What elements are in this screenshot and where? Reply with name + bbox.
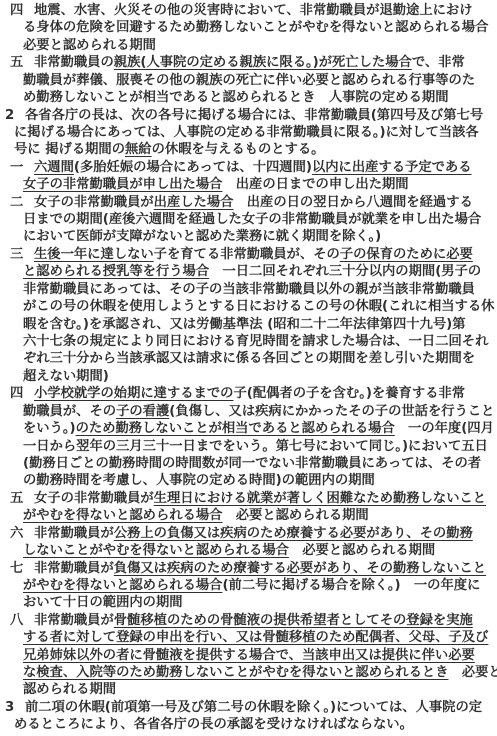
text-run: 必要と認められる期間 bbox=[23, 38, 156, 53]
text-line: に掲げる場合にあっては、人事院の定める非常勤職員に限る。)に対して当該各 bbox=[0, 124, 497, 141]
text-line: ぞれ三十分から当該承認又は請求に係る各回ごとの期間を差し引いた期間を bbox=[0, 350, 497, 367]
text-line: 四小学校就学の始期に達するまでの子(配偶者の子を含む。)を養育する非常 bbox=[0, 385, 497, 402]
list-item: 八非常勤職員が骨髄移植のための骨髄液の提供希望者としてその登録を実施する者に対し… bbox=[0, 612, 497, 699]
item-marker: 四 bbox=[10, 385, 34, 402]
text-line: 認められる期間 bbox=[0, 681, 497, 698]
text-run: 非常勤職員が bbox=[34, 561, 114, 576]
item-marker: 六 bbox=[10, 525, 34, 542]
text-line: 七非常勤職員が負傷又は疾病のため療養する必要があり、その勤務しないこと bbox=[0, 560, 497, 577]
text-line: 勤職員が、その子の看護(負傷し、又は疾病にかかったその子の世話を行うこと bbox=[0, 403, 497, 420]
paragraph: 2各省各庁の長は、次の各号に掲げる場合には、非常勤職員(第四号及び第七号に掲げる… bbox=[0, 107, 497, 159]
text-run: 超えない期間) bbox=[23, 369, 109, 384]
text-line: しないことがやむを得ないと認められる場合 必要と認められる期間 bbox=[0, 542, 497, 559]
list-item: 五非常勤職員の親族(人事院の定める親族に限る。)が死亡した場合で、非常勤職員が葬… bbox=[0, 54, 497, 106]
underlined-text-run: 兄弟姉妹以外の者に骨髄液を提供する場合で、当該申出又は提供に伴い必要 bbox=[23, 648, 475, 663]
text-line: 二女子の非常勤職員が出産した場合 出産の日の翌日から八週間を経過する bbox=[0, 194, 497, 211]
text-run: 非常勤職員が bbox=[34, 613, 114, 628]
text-run: がこの号の休暇を使用しようとする日におけるこの号の休暇(これに相当する休 bbox=[23, 299, 494, 314]
text-run: 非常勤職員が bbox=[34, 526, 114, 541]
text-run: の休暇を与えるものとする。 bbox=[152, 142, 325, 157]
text-line: 五非常勤職員の親族(人事院の定める親族に限る。)が死亡した場合で、非常 bbox=[0, 54, 497, 71]
text-line: 2各省各庁の長は、次の各号に掲げる場合には、非常勤職員(第四号及び第七号 bbox=[0, 107, 497, 124]
text-run: 号に 掲げる期間の bbox=[14, 142, 125, 157]
text-run: 必要と認められる期間 bbox=[289, 543, 435, 558]
text-run: 非常勤職員にあっては、その子の当該非常勤職員以外の親が当該非常勤職員 bbox=[23, 282, 475, 297]
paragraph: 3前二項の休暇(前項第一号及び第二号の休暇を除く。)については、人事院の定めると… bbox=[0, 699, 497, 734]
item-marker: 2 bbox=[5, 107, 25, 124]
underlined-text-run: 親族(人事院の定める親族に限る。)が死亡した場合 bbox=[114, 55, 412, 70]
text-run: ぞれ三十分から当該承認又は請求に係る各回ごとの期間を差し引いた期間を bbox=[23, 351, 475, 366]
underlined-text-run: 出産した場合 bbox=[154, 195, 234, 210]
text-line: め勤務しないことが相当であると認められるとき 人事院の定める期間 bbox=[0, 89, 497, 106]
underlined-text-run: 無給 bbox=[125, 142, 152, 157]
text-line: 三生後一年に達しない子を育てる非常勤職員が、その子の保育のために必要 bbox=[0, 246, 497, 263]
underlined-text-run: 子の看護 bbox=[116, 404, 169, 419]
text-line: 3前二項の休暇(前項第一号及び第二号の休暇を除く。)については、人事院の定 bbox=[0, 699, 497, 716]
underlined-text-run: 子の保育のために必要 bbox=[340, 247, 473, 262]
text-run: 必要と認められる期間 bbox=[222, 508, 368, 523]
underlined-text-run: しないことがやむを得ないと認められる場合 bbox=[23, 543, 289, 558]
text-run: (負傷し、又は疾病にかかったその子の世話を行うこと bbox=[169, 404, 494, 419]
text-run: 勤職員が、その bbox=[23, 404, 116, 419]
list-item: 一六週間(多胎妊娠の場合にあっては、十四週間)以内に出産する予定である女子の非常… bbox=[0, 159, 497, 194]
text-run: め勤務しないことが相当であると認められるとき 人事院の定める期間 bbox=[23, 90, 449, 105]
text-run: 必要と bbox=[449, 665, 497, 680]
text-run: おいて十日の範囲内の期間 bbox=[23, 595, 183, 610]
text-run: の勤務時間を考慮し、人事院の定める時間)の範囲内の期間 bbox=[23, 473, 375, 488]
item-marker: 二 bbox=[10, 194, 34, 211]
text-run: 六十七条の規定により同日における育児時間を請求した場合は、一日二回それ bbox=[23, 334, 488, 349]
text-line: 六非常勤職員が公務上の負傷又は疾病のため療養する必要があり、その勤務 bbox=[0, 525, 497, 542]
text-line: において医師が支障がないと認めた業務に就く期間を除く。) bbox=[0, 228, 497, 245]
item-marker: 三 bbox=[10, 246, 34, 263]
underlined-text-run: する者に対して登録の申出を行い、又は骨髄移植のため配偶者、父母、子及び bbox=[23, 630, 488, 645]
text-line: をいう。)のため勤務しないことが相当であると認められる場合 一の年度(四月 bbox=[0, 420, 497, 437]
text-run: 各省各庁の長は、次の各号に掲げる場合には、非常勤職員(第四号及び第七号 bbox=[25, 108, 483, 123]
text-line: な検査、入院等のため勤務しないことがやむを得ないと認められるとき 必要と bbox=[0, 664, 497, 681]
item-marker: 五 bbox=[10, 490, 34, 507]
text-run: 非常勤職員の bbox=[34, 55, 114, 70]
text-run: 子(配偶者の子を含む。)を養育する非常 bbox=[233, 386, 465, 401]
text-run: 女子の非常勤職員が bbox=[34, 491, 154, 506]
item-marker: 八 bbox=[10, 612, 34, 629]
underlined-text-run: と認められる授乳等を行う場合 bbox=[23, 264, 209, 279]
item-marker: 四 bbox=[10, 2, 34, 19]
text-run: 地震、水害、火災その他の災害時において、非常勤職員が退勤途上におけ bbox=[34, 3, 473, 18]
text-line: (勤務日ごとの勤務時間の時間数が同一でない非常勤職員にあっては、その者 bbox=[0, 455, 497, 472]
text-line: 勤職員が葬儀、服喪その他の親族の死亡に伴い必要と認められる行事等のた bbox=[0, 72, 497, 89]
text-line: 一日から翌年の三月三十一日までをいう。第七号において同じ。)において五日 bbox=[0, 438, 497, 455]
text-line: 女子の非常勤職員が申し出た場合 出産の日までの申し出た期間 bbox=[0, 176, 497, 193]
underlined-text-run: な検査、入院等のため勤務しないことがやむを得ないと認められるとき bbox=[23, 665, 449, 680]
text-run: (多胎妊娠の場合にあっては、十四週間) bbox=[74, 160, 312, 175]
text-line: めるところにより、各省各庁の長の承認を受けなければならない。 bbox=[0, 716, 497, 733]
item-marker: 七 bbox=[10, 560, 34, 577]
text-run: る身体の危険を回避するため勤務しないことがやむを得ないと認められる場合 bbox=[23, 20, 488, 35]
underlined-text-run: 生後一年に達しない bbox=[34, 247, 154, 262]
underlined-text-run: がやむを得ないと認められる場合 bbox=[23, 578, 222, 593]
list-item: 四地震、水害、火災その他の災害時において、非常勤職員が退勤途上における身体の危険… bbox=[0, 2, 497, 54]
text-line: と認められる授乳等を行う場合 一日二回それぞれ三十分以内の期間(男子の bbox=[0, 263, 497, 280]
underlined-text-run: 公務上の負傷又は疾病のため療養する必要があり、その勤務 bbox=[114, 526, 473, 541]
underlined-text-run: 女子の非常勤職員が申し出た場合 bbox=[23, 177, 222, 192]
list-item: 五女子の非常勤職員が生理日における就業が著しく困難なため勤務しないことがやむを得… bbox=[0, 490, 497, 525]
list-item: 六非常勤職員が公務上の負傷又は疾病のため療養する必要があり、その勤務しないことが… bbox=[0, 525, 497, 560]
text-line: る身体の危険を回避するため勤務しないことがやむを得ないと認められる場合 bbox=[0, 19, 497, 36]
text-run: 認められる期間 bbox=[23, 682, 116, 697]
underlined-text-run: 負傷又は疾病のため療養する必要があり、その勤務しないこと bbox=[114, 561, 486, 576]
text-line: 六十七条の規定により同日における育児時間を請求した場合は、一日二回それ bbox=[0, 333, 497, 350]
text-line: 超えない期間) bbox=[0, 368, 497, 385]
text-line: 兄弟姉妹以外の者に骨髄液を提供する場合で、当該申出又は提供に伴い必要 bbox=[0, 647, 497, 664]
text-run: に掲げる場合にあっては、人事院の定める非常勤職員に限る。)に対して当該各 bbox=[14, 125, 479, 140]
underlined-text-run: 生理日における就業が著しく困難なため勤務しないこと bbox=[154, 491, 486, 506]
text-line: の勤務時間を考慮し、人事院の定める時間)の範囲内の期間 bbox=[0, 472, 497, 489]
text-run: (前二号に掲げる場合を除く。) 一の年度に bbox=[222, 578, 480, 593]
document-body: 四地震、水害、火災その他の災害時において、非常勤職員が退勤途上における身体の危険… bbox=[0, 0, 497, 734]
text-line: 四地震、水害、火災その他の災害時において、非常勤職員が退勤途上におけ bbox=[0, 2, 497, 19]
text-line: する者に対して登録の申出を行い、又は骨髄移植のため配偶者、父母、子及び bbox=[0, 629, 497, 646]
text-run: で、非常 bbox=[412, 55, 465, 70]
text-line: 暇を含む。)を承認され、又は労働基準法 (昭和二十二年法律第四十九号)第 bbox=[0, 316, 497, 333]
text-run: 勤職員が葬儀、服喪その他の親族の死亡に伴い必要と認められる行事等のた bbox=[23, 73, 475, 88]
list-item: 二女子の非常勤職員が出産した場合 出産の日の翌日から八週間を経過する日までの期間… bbox=[0, 194, 497, 246]
text-run: 一日二回それぞれ三十分以内の期間(男子の bbox=[209, 264, 481, 279]
text-run: 暇を含む。)を承認され、又は労働基準法 (昭和二十二年法律第四十九号)第 bbox=[23, 317, 466, 332]
underlined-text-run: がやむを得ないと認められる場合 bbox=[23, 508, 222, 523]
text-run: 子を育てる非常勤職員が、その bbox=[154, 247, 340, 262]
text-line: 非常勤職員にあっては、その子の当該非常勤職員以外の親が当該非常勤職員 bbox=[0, 281, 497, 298]
list-item: 四小学校就学の始期に達するまでの子(配偶者の子を含む。)を養育する非常勤職員が、… bbox=[0, 385, 497, 490]
text-run: 一日から翌年の三月三十一日までをいう。第七号において同じ。)において五日 bbox=[23, 439, 488, 454]
item-marker: 3 bbox=[5, 699, 25, 716]
item-marker: 五 bbox=[10, 54, 34, 71]
text-run: 出産の日の翌日から八週間を経過する bbox=[233, 195, 472, 210]
text-line: 必要と認められる期間 bbox=[0, 37, 497, 54]
underlined-text-run: のため勤務しないことが相当であると認められる場合 bbox=[76, 421, 395, 436]
text-line: 号に 掲げる期間の無給の休暇を与えるものとする。 bbox=[0, 141, 497, 158]
text-run: 前二項の休暇(前項第一号及び第二号の休暇を除く。)については、人事院の定 bbox=[25, 700, 482, 715]
list-item: 三生後一年に達しない子を育てる非常勤職員が、その子の保育のために必要と認められる… bbox=[0, 246, 497, 385]
underlined-text-run: 以内に出産する予定である bbox=[312, 160, 472, 175]
text-run: 日までの期間(産後六週間を経過した女子の非常勤職員が就業を申し出た場合 bbox=[23, 212, 481, 227]
text-line: おいて十日の範囲内の期間 bbox=[0, 594, 497, 611]
text-line: がこの号の休暇を使用しようとする日におけるこの号の休暇(これに相当する休 bbox=[0, 298, 497, 315]
text-line: がやむを得ないと認められる場合(前二号に掲げる場合を除く。) 一の年度に bbox=[0, 577, 497, 594]
text-run: 女子の非常勤職員が bbox=[34, 195, 154, 210]
underlined-text-run: 骨髄移植のための骨髄液の提供希望者としてその登録を実施 bbox=[114, 613, 473, 628]
text-line: 八非常勤職員が骨髄移植のための骨髄液の提供希望者としてその登録を実施 bbox=[0, 612, 497, 629]
text-line: 一六週間(多胎妊娠の場合にあっては、十四週間)以内に出産する予定である bbox=[0, 159, 497, 176]
text-line: がやむを得ないと認められる場合 必要と認められる期間 bbox=[0, 507, 497, 524]
text-run: 出産の日までの申し出た期間 bbox=[222, 177, 408, 192]
text-run: において医師が支障がないと認めた業務に就く期間を除く。) bbox=[23, 229, 381, 244]
item-marker: 一 bbox=[10, 159, 34, 176]
text-line: 五女子の非常勤職員が生理日における就業が著しく困難なため勤務しないこと bbox=[0, 490, 497, 507]
underlined-text-run: 小学校就学の始期に達するまでの bbox=[34, 386, 233, 401]
underlined-text-run: 六週間 bbox=[34, 160, 74, 175]
list-item: 七非常勤職員が負傷又は疾病のため療養する必要があり、その勤務しないことがやむを得… bbox=[0, 560, 497, 612]
text-run: 一の年度(四月 bbox=[395, 421, 494, 436]
text-run: をいう。) bbox=[23, 421, 76, 436]
text-run: (勤務日ごとの勤務時間の時間数が同一でない非常勤職員にあっては、その者 bbox=[23, 456, 481, 471]
text-line: 日までの期間(産後六週間を経過した女子の非常勤職員が就業を申し出た場合 bbox=[0, 211, 497, 228]
text-run: めるところにより、各省各庁の長の承認を受けなければならない。 bbox=[14, 717, 413, 732]
